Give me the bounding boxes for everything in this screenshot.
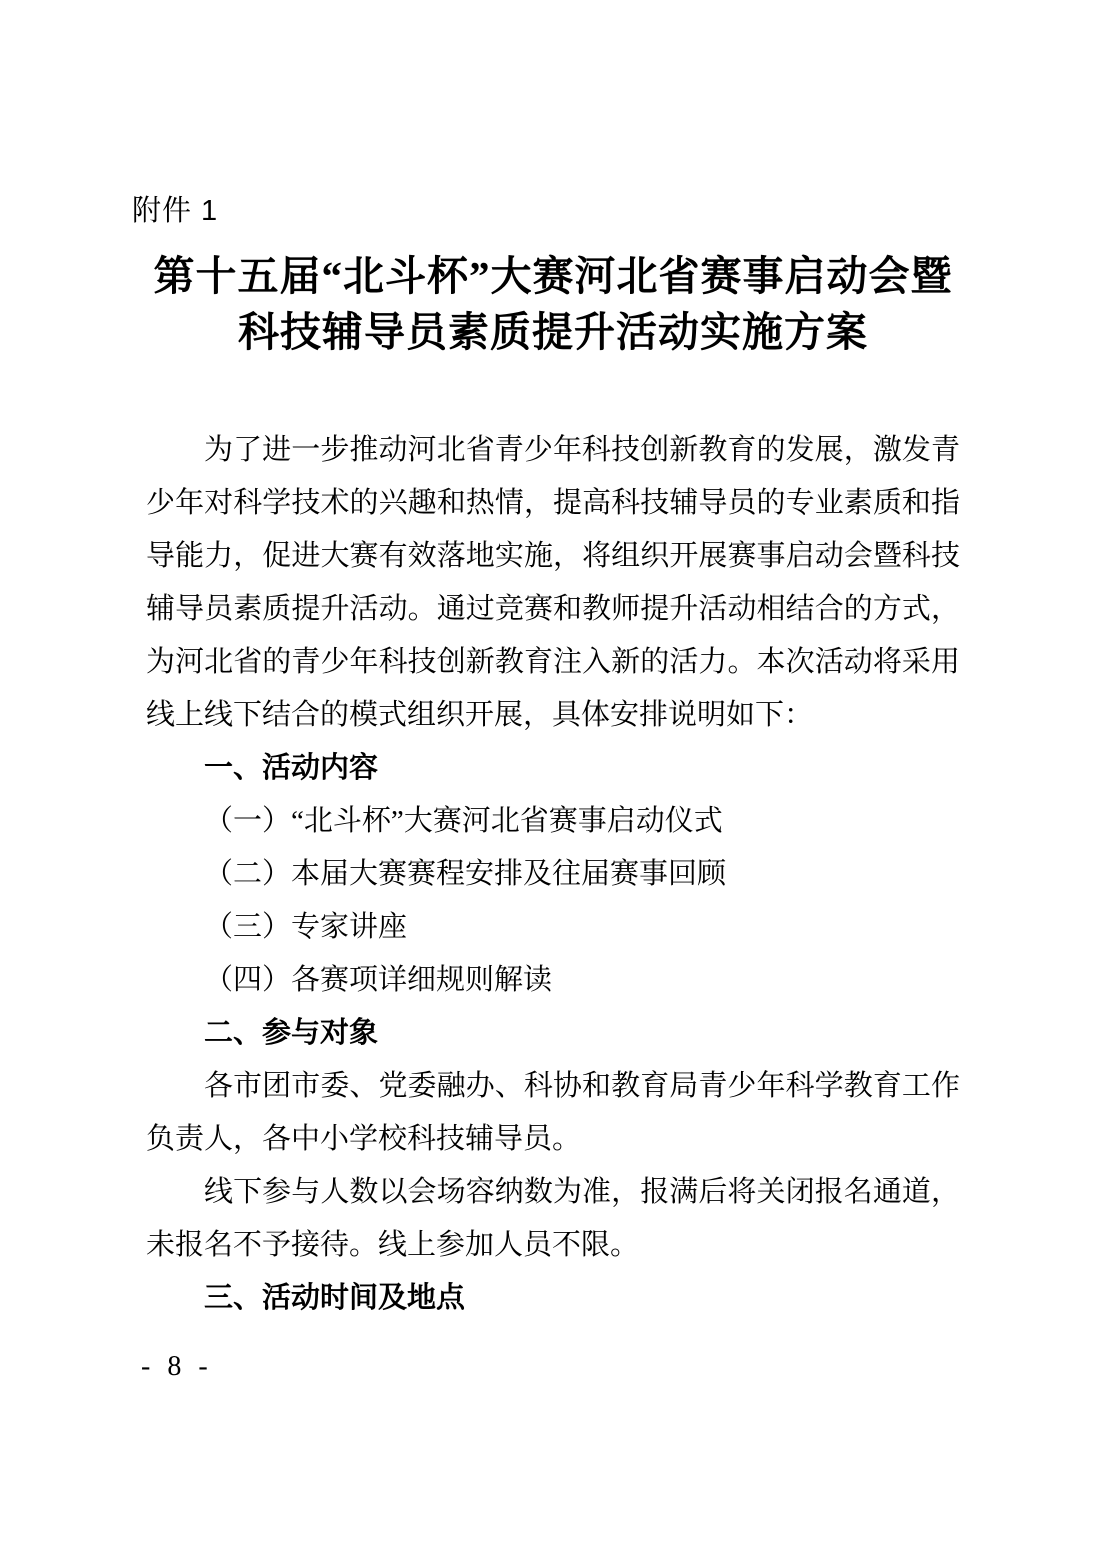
section-2-paragraph-1: 各市团市委、党委融办、科协和教育局青少年科学教育工作负责人，各中小学校科技辅导员… (146, 1060, 960, 1166)
intro-paragraph: 为了进一步推动河北省青少年科技创新教育的发展，激发青少年对科学技术的兴趣和热情，… (146, 424, 960, 742)
section-1-item-1: （一）“北斗杯”大赛河北省赛事启动仪式 (146, 795, 960, 848)
attachment-label: 附件 1 (132, 190, 960, 232)
document-content: 附件 1 第十五届“北斗杯”大赛河北省赛事启动会暨 科技辅导员素质提升活动实施方… (146, 0, 960, 1325)
document-page: 附件 1 第十五届“北斗杯”大赛河北省赛事启动会暨 科技辅导员素质提升活动实施方… (0, 0, 1102, 1559)
section-1-item-3: （三）专家讲座 (146, 901, 960, 954)
section-1-item-4: （四）各赛项详细规则解读 (146, 954, 960, 1007)
section-2-heading: 二、参与对象 (146, 1007, 960, 1060)
document-title-line-2: 科技辅导员素质提升活动实施方案 (146, 304, 960, 360)
document-title-line-1: 第十五届“北斗杯”大赛河北省赛事启动会暨 (146, 248, 960, 304)
section-1-heading: 一、活动内容 (146, 742, 960, 795)
section-1-item-2: （二）本届大赛赛程安排及往届赛事回顾 (146, 848, 960, 901)
section-3-heading: 三、活动时间及地点 (146, 1272, 960, 1325)
page-number: - 8 - (141, 1347, 213, 1387)
document-title: 第十五届“北斗杯”大赛河北省赛事启动会暨 科技辅导员素质提升活动实施方案 (146, 248, 960, 360)
section-2-paragraph-2: 线下参与人数以会场容纳数为准，报满后将关闭报名通道，未报名不予接待。线上参加人员… (146, 1166, 960, 1272)
